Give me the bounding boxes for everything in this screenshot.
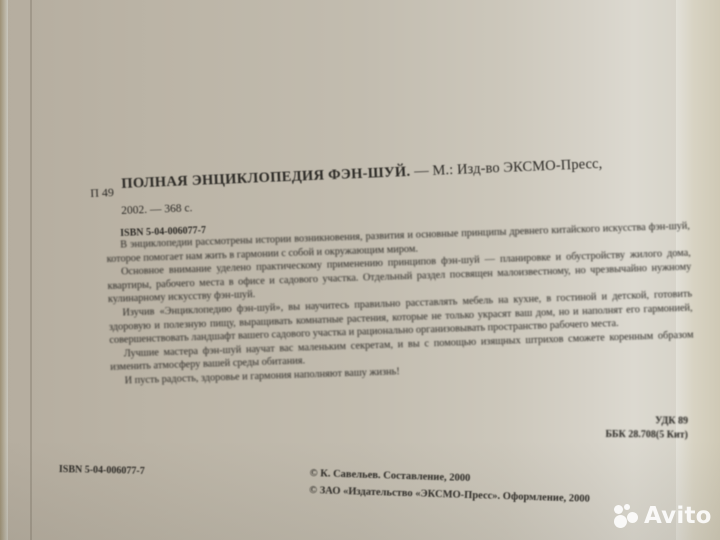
- classification-codes: УДК 89 ББК 28.708(5 Кит): [540, 413, 688, 442]
- watermark-brand: Avito: [644, 503, 712, 529]
- avito-dots-logo-icon: [614, 504, 640, 528]
- udk-code: УДК 89: [540, 413, 688, 428]
- annotation: В энциклопедии рассмотрены истории возни…: [106, 220, 695, 389]
- call-number: П 49: [90, 185, 114, 201]
- photo-shadow: [0, 440, 720, 540]
- avito-watermark: Avito: [614, 503, 712, 529]
